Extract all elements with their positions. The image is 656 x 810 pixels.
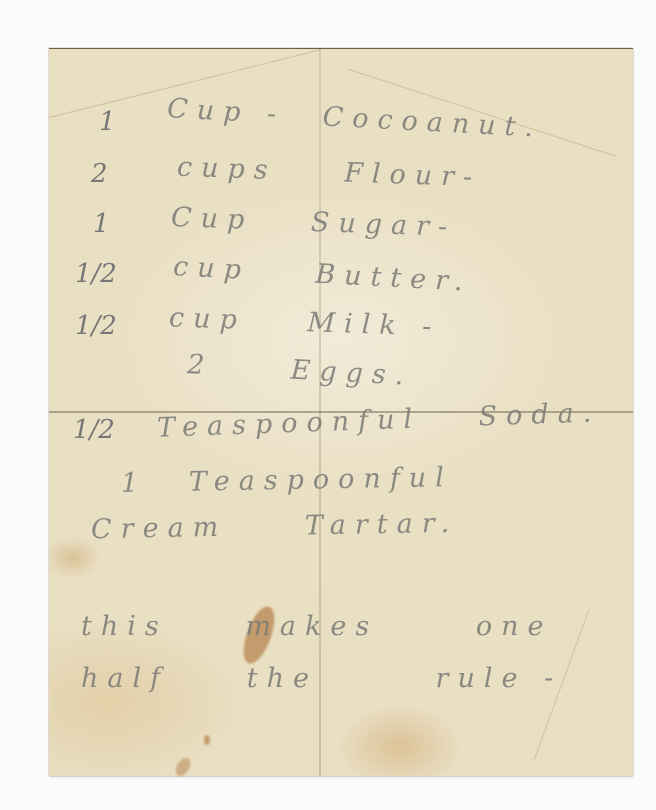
qty-3: 1: [93, 209, 110, 239]
item: Teaspoonful: [189, 462, 454, 498]
item: Tartar.: [305, 508, 459, 542]
note-line-1: this makes one: [81, 611, 552, 642]
unit: 2: [186, 349, 214, 381]
unit: Cup: [171, 202, 254, 236]
ingredient-line-8: 1 Teaspoonful: [121, 462, 453, 499]
item: Eggs.: [290, 355, 413, 392]
item: Butter.: [315, 259, 473, 298]
recipe-paper: 1 Cup - Cocoanut. 2 cups Flour- 1 Cup Su…: [49, 48, 633, 776]
note-word: the: [247, 663, 318, 694]
note-word: makes: [245, 611, 378, 642]
unit: Teaspoonful: [157, 404, 422, 444]
item: Sugar-: [310, 207, 456, 243]
qty-5: 1/2: [75, 311, 117, 341]
item: Cocoanut.: [322, 101, 543, 143]
ingredient-line-7: Teaspoonful Soda.: [157, 397, 601, 443]
unit: Cup -: [166, 93, 286, 130]
note-word: half: [81, 663, 169, 694]
ingredient-line-3: Cup Sugar-: [171, 202, 457, 243]
note-line-2: half the rule -: [81, 663, 562, 694]
note-word: this: [81, 611, 168, 642]
item: Flour-: [344, 158, 482, 194]
unit: cups: [177, 152, 278, 186]
qty-1: 1: [99, 107, 116, 137]
unit: cup: [172, 251, 250, 286]
item: Soda.: [478, 397, 601, 432]
ingredient-line-5: cup Milk -: [169, 302, 441, 342]
stain: [204, 735, 210, 745]
ingredient-line-4: cup Butter.: [172, 251, 472, 298]
qty-7: 1/2: [73, 415, 115, 445]
item: Milk -: [307, 307, 441, 343]
unit: Cream: [91, 512, 228, 545]
ingredient-line-9: Cream Tartar.: [91, 508, 459, 545]
unit: 1: [121, 467, 148, 498]
note-word: rule -: [436, 663, 563, 694]
qty-4: 1/2: [75, 259, 117, 289]
ingredient-line-1: Cup - Cocoanut.: [166, 93, 542, 144]
unit: cup: [169, 302, 247, 336]
ingredient-line-2: cups Flour-: [177, 152, 482, 194]
ingredient-line-6: 2 Eggs.: [186, 349, 413, 392]
stain: [173, 755, 193, 778]
qty-2: 2: [91, 159, 108, 189]
note-word: one: [476, 611, 553, 642]
